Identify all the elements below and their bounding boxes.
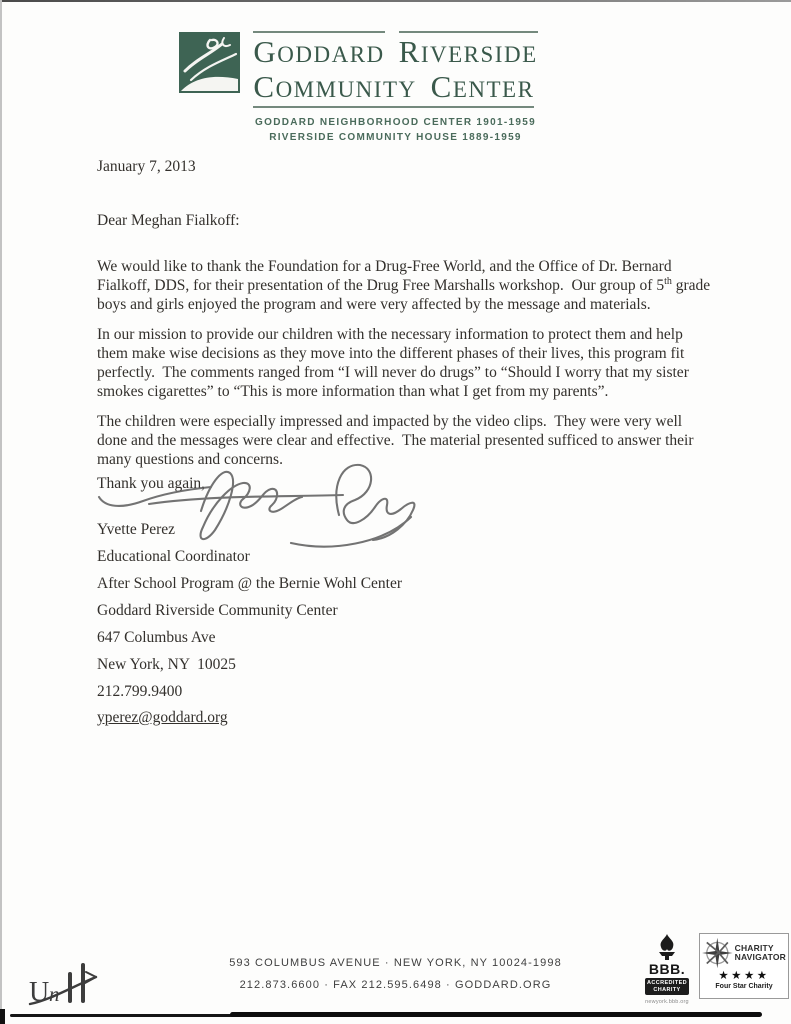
four-star-rating: ★★★★ [702, 970, 786, 982]
bbb-accredited-line1: ACCREDITED [646, 980, 688, 987]
letter-date: January 7, 2013 [97, 157, 713, 176]
charity-navigator-compass-icon [702, 937, 733, 969]
four-star-caption: Four Star Charity [702, 983, 786, 990]
signer-title: Educational Coordinator [97, 547, 713, 566]
signer-program-line: After School Program @ the Bernie Wohl C… [97, 574, 713, 593]
org-name-word: Center [431, 71, 535, 102]
bbb-wordmark: BBB. [645, 963, 689, 976]
letter-body: January 7, 2013 Dear Meghan Fialkoff: We… [97, 157, 713, 727]
charity-navigator-title-line2: NAVIGATOR [735, 953, 786, 962]
letter-closing: Thank you again, [97, 474, 713, 493]
letterhead-subline-1: GODDARD NEIGHBORHOOD CENTER 1901-1959 [255, 117, 536, 128]
letter-salutation: Dear Meghan Fialkoff: [97, 211, 713, 230]
scan-artifact-corner-mark [0, 1009, 5, 1024]
letter-paragraph-2: In our mission to provide our children w… [97, 325, 713, 401]
bbb-accredited-line2: CHARITY [646, 987, 688, 994]
letter-paragraph-1: We would like to thank the Foundation fo… [97, 257, 713, 314]
letterhead: Goddard Riverside Community Center GODDA… [0, 31, 791, 143]
goddard-riverside-logo-icon [179, 32, 240, 93]
signer-city-line: New York, NY 10025 [97, 655, 713, 674]
org-name-line2: Community Center [253, 71, 534, 108]
signer-phone-line: 212.799.9400 [97, 682, 713, 701]
scanned-letter-page: Goddard Riverside Community Center GODDA… [0, 0, 791, 1024]
org-name-word: Riverside [399, 31, 538, 67]
signer-street-line: 647 Columbus Ave [97, 628, 713, 647]
letter-paragraph-3: The children were especially impressed a… [97, 412, 713, 469]
scan-artifact-top-edge [0, 0, 791, 2]
charity-navigator-badge: CHARITY NAVIGATOR ★★★★ Four Star Charity [699, 933, 789, 999]
signer-org-line: Goddard Riverside Community Center [97, 601, 713, 620]
signer-name: Yvette Perez [97, 520, 713, 539]
bbb-torch-icon [655, 933, 679, 963]
org-name-word: Community [253, 71, 416, 102]
bbb-accredited-charity-badge: BBB. ACCREDITED CHARITY newyork.bbb.org [645, 933, 689, 1005]
signer-email: yperez@goddard.org [97, 708, 713, 727]
scan-artifact-left-edge [0, 0, 2, 1024]
scan-artifact-bottom-band [230, 1012, 762, 1017]
letterhead-subline-2: RIVERSIDE COMMUNITY HOUSE 1889-1959 [269, 132, 522, 143]
bbb-url: newyork.bbb.org [645, 999, 689, 1005]
org-name-line1: Goddard Riverside [253, 31, 537, 67]
org-title-block: Goddard Riverside Community Center [253, 31, 537, 108]
superscript-th: th [664, 276, 672, 287]
charity-navigator-title: CHARITY NAVIGATOR [735, 944, 786, 962]
bbb-accredited-label: ACCREDITED CHARITY [645, 978, 689, 995]
paragraph-text: We would like to thank the Foundation fo… [97, 258, 675, 294]
org-name-word: Goddard [253, 31, 384, 67]
